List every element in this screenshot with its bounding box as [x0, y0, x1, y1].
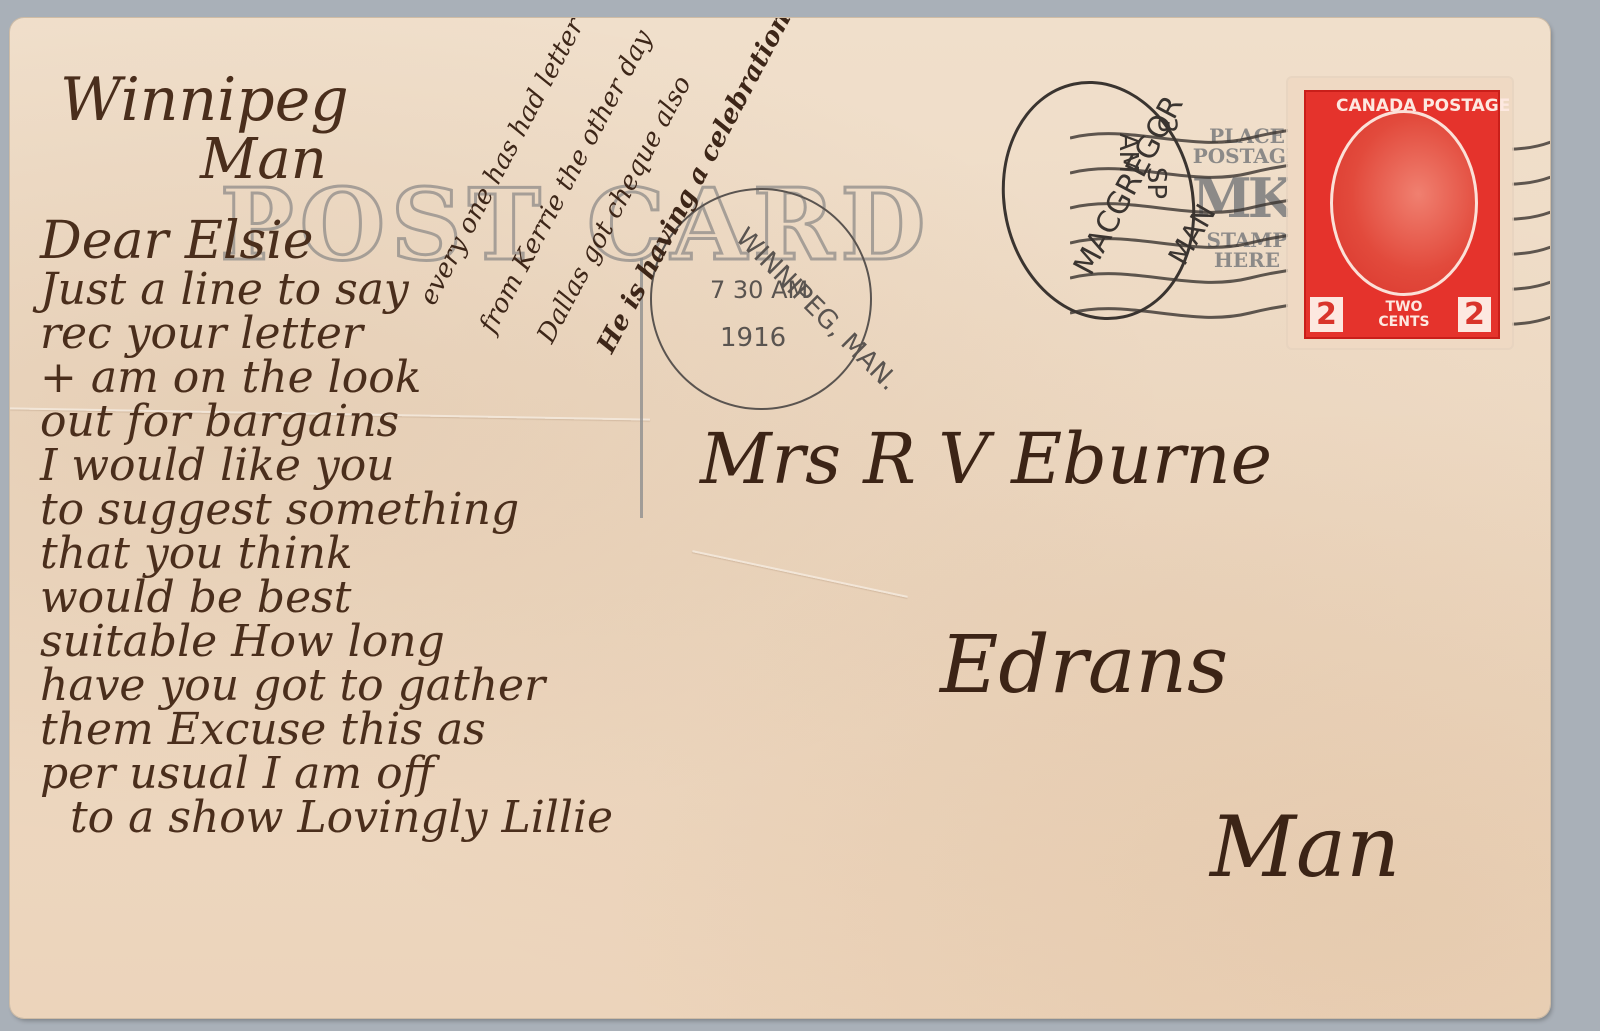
paper-crease [692, 550, 908, 598]
address-province: Man [1210, 798, 1400, 896]
message-line: out for bargains [40, 400, 583, 444]
message-line: I would like you [40, 444, 583, 488]
message-province: Man [200, 138, 327, 182]
stamp-value-words: TWO CENTS [1364, 300, 1444, 330]
message-line: them Excuse this as [40, 708, 583, 752]
king-george-portrait [1330, 110, 1478, 296]
message-line: to suggest something [40, 488, 583, 532]
message-line: that you think [40, 532, 583, 576]
address-name: Mrs R V Eburne [700, 418, 1272, 500]
message-line: suitable How long [40, 620, 583, 664]
message-line: per usual I am off [40, 752, 583, 796]
postmark-time: 7 30 AM [710, 276, 808, 304]
message-line: have you got to gather [40, 664, 583, 708]
stamp-value-left: 2 [1310, 297, 1343, 332]
message-place: Winnipeg [60, 78, 349, 122]
stamp-frame: CANADA POSTAGE 2 TWO CENTS 2 [1304, 90, 1500, 339]
postcard-back: POST CARD PLACE POSTAGE MKO STAMP HERE M… [10, 18, 1550, 1018]
message-line: Dear Elsie [40, 214, 583, 268]
message-line: + am on the look [40, 356, 583, 400]
postage-stamp: CANADA POSTAGE 2 TWO CENTS 2 [1288, 78, 1512, 348]
address-town: Edrans [940, 618, 1228, 711]
message-line: would be best [40, 576, 583, 620]
postmark-year: 1916 [720, 323, 786, 353]
message-line: to a show Lovingly Lillie [70, 796, 613, 840]
stamp-value-right: 2 [1458, 297, 1491, 332]
